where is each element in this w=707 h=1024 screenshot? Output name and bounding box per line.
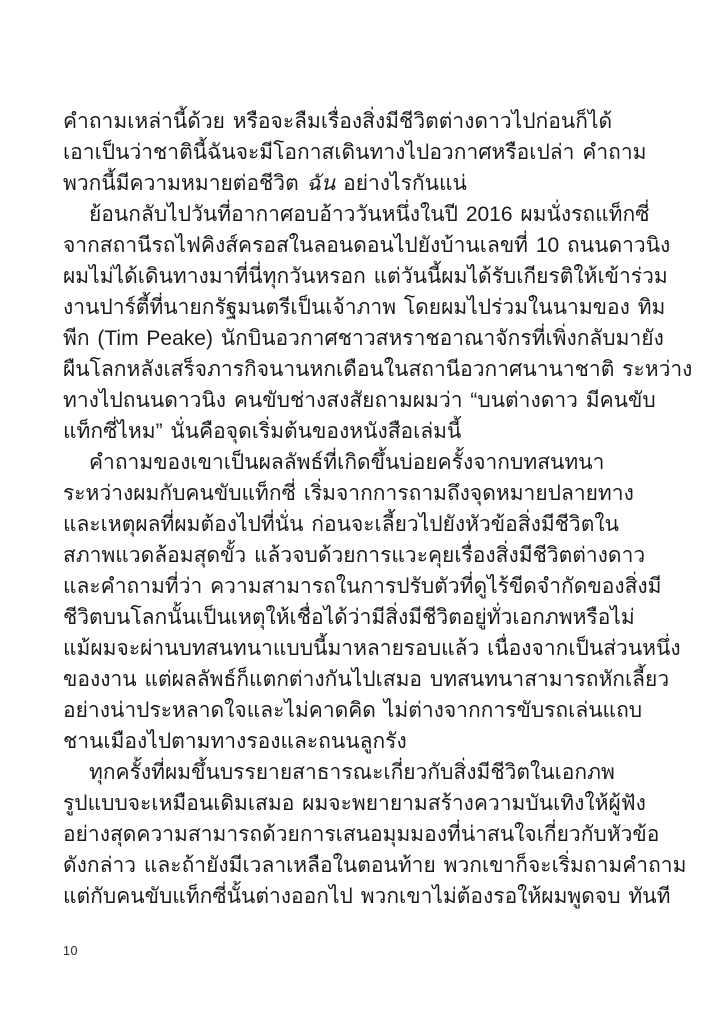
text-line: ผืนโลกหลังเสร็จภารกิจนานหกเดือนในสถานีอว… (63, 354, 649, 385)
text-line: อย่างสุดความสามารถด้วยการเสนอมุมมองที่น่… (63, 819, 649, 850)
text-segment: งานปาร์ตี้ที่นายกรัฐมนตรีเป็นเจ้าภาพ โดย… (63, 296, 665, 319)
text-segment: คำถามของเขาเป็นผลลัพธ์ที่เกิดขึ้นบ่อยครั… (89, 451, 604, 474)
text-segment: ของงาน แต่ผลลัพธ์ก็แตกต่างกันไปเสมอ บทสน… (63, 668, 669, 691)
text-line: และคำถามที่ว่า ความสามารถในการปรับตัวที่… (63, 571, 649, 602)
text-line: รูปแบบจะเหมือนเดิมเสมอ ผมจะพยายามสร้างคว… (63, 788, 649, 819)
text-segment: ระหว่างผมกับคนขับแท็กซี่ เริ่มจากการถามถ… (63, 482, 634, 505)
text-line: คำถามของเขาเป็นผลลัพธ์ที่เกิดขึ้นบ่อยครั… (63, 447, 649, 478)
text-line: ชานเมืองไปตามทางรองและถนนลูกรัง (63, 726, 649, 757)
text-line: พีก (Tim Peake) นักบินอวกาศชาวสหราชอาณาจ… (63, 323, 649, 354)
text-line: แต่กับคนขับแท็กซี่นั้นต่างออกไป พวกเขาไม… (63, 881, 649, 912)
text-segment: และเหตุผลที่ผมต้องไปที่นั่น ก่อนจะเลี้ยว… (63, 513, 619, 536)
text-segment: อย่างน่าประหลาดใจและไม่คาดคิด ไม่ต่างจาก… (63, 699, 642, 722)
text-segment: แม้ผมจะผ่านบทสนทนาแบบนี้มาหลายรอบแล้ว เน… (63, 637, 681, 660)
text-segment: พวกนี้มีความหมายต่อชีวิต (63, 172, 307, 195)
text-line: ผมไม่ได้เดินทางมาที่นี่ทุกวันหรอก แต่วัน… (63, 261, 649, 292)
text-segment: สภาพแวดล้อมสุดขั้ว แล้วจบด้วยการแวะคุยเร… (63, 544, 645, 567)
text-segment: ผมไม่ได้เดินทางมาที่นี่ทุกวันหรอก แต่วัน… (63, 265, 668, 288)
text-line: แท็กซี่ไหม” นั่นคือจุดเริ่มต้นของหนังสือ… (63, 416, 649, 447)
text-line: งานปาร์ตี้ที่นายกรัฐมนตรีเป็นเจ้าภาพ โดย… (63, 292, 649, 323)
text-segment: ทุกครั้งที่ผมขึ้นบรรยายสาธารณะเกี่ยวกับส… (89, 761, 615, 784)
text-line: ของงาน แต่ผลลัพธ์ก็แตกต่างกันไปเสมอ บทสน… (63, 664, 649, 695)
text-line: ชีวิตบนโลกนั้นเป็นเหตุให้เชื่อได้ว่ามีสิ… (63, 602, 649, 633)
text-line: เอาเป็นว่าชาตินี้ฉันจะมีโอกาสเดินทางไปอว… (63, 137, 649, 168)
text-line: คำถามเหล่านี้ด้วย หรือจะลืมเรื่องสิ่งมีช… (63, 106, 649, 137)
text-line: ทางไปถนนดาวนิง คนขับช่างสงสัยถามผมว่า “บ… (63, 385, 649, 416)
text-line: และเหตุผลที่ผมต้องไปที่นั่น ก่อนจะเลี้ยว… (63, 509, 649, 540)
book-page: คำถามเหล่านี้ด้วย หรือจะลืมเรื่องสิ่งมีช… (0, 0, 707, 1024)
page-number: 10 (63, 944, 78, 958)
text-line: อย่างน่าประหลาดใจและไม่คาดคิด ไม่ต่างจาก… (63, 695, 649, 726)
text-segment: ชีวิตบนโลกนั้นเป็นเหตุให้เชื่อได้ว่ามีสิ… (63, 606, 635, 629)
text-line: จากสถานีรถไฟคิงส์ครอสในลอนดอนไปยังบ้านเล… (63, 230, 649, 261)
italic-text: ฉัน (307, 172, 336, 195)
text-segment: ดังกล่าว และถ้ายังมีเวลาเหลือในตอนท้าย พ… (63, 854, 686, 877)
text-segment: จากสถานีรถไฟคิงส์ครอสในลอนดอนไปยังบ้านเล… (63, 234, 670, 257)
text-segment: รูปแบบจะเหมือนเดิมเสมอ ผมจะพยายามสร้างคว… (63, 792, 646, 815)
page-text: คำถามเหล่านี้ด้วย หรือจะลืมเรื่องสิ่งมีช… (63, 106, 649, 912)
text-segment: แต่กับคนขับแท็กซี่นั้นต่างออกไป พวกเขาไม… (63, 885, 670, 908)
text-segment: ย้อนกลับไปวันที่อากาศอบอ้าววันหนึ่งในปี … (89, 203, 649, 226)
text-segment: ทางไปถนนดาวนิง คนขับช่างสงสัยถามผมว่า “บ… (63, 389, 656, 412)
text-line: ย้อนกลับไปวันที่อากาศอบอ้าววันหนึ่งในปี … (63, 199, 649, 230)
text-line: พวกนี้มีความหมายต่อชีวิต ฉัน อย่างไรกันแ… (63, 168, 649, 199)
text-line: แม้ผมจะผ่านบทสนทนาแบบนี้มาหลายรอบแล้ว เน… (63, 633, 649, 664)
text-segment: แท็กซี่ไหม” นั่นคือจุดเริ่มต้นของหนังสือ… (63, 420, 461, 443)
text-line: ระหว่างผมกับคนขับแท็กซี่ เริ่มจากการถามถ… (63, 478, 649, 509)
text-segment: และคำถามที่ว่า ความสามารถในการปรับตัวที่… (63, 575, 662, 598)
text-segment: เอาเป็นว่าชาตินี้ฉันจะมีโอกาสเดินทางไปอว… (63, 141, 647, 164)
text-segment: พีก (Tim Peake) นักบินอวกาศชาวสหราชอาณาจ… (63, 327, 664, 350)
text-segment: ชานเมืองไปตามทางรองและถนนลูกรัง (63, 730, 407, 753)
text-segment: คำถามเหล่านี้ด้วย หรือจะลืมเรื่องสิ่งมีช… (63, 110, 612, 133)
text-segment: อย่างสุดความสามารถด้วยการเสนอมุมมองที่น่… (63, 823, 659, 846)
text-line: ดังกล่าว และถ้ายังมีเวลาเหลือในตอนท้าย พ… (63, 850, 649, 881)
text-segment: อย่างไรกันแน่ (335, 172, 467, 195)
text-line: ทุกครั้งที่ผมขึ้นบรรยายสาธารณะเกี่ยวกับส… (63, 757, 649, 788)
text-line: สภาพแวดล้อมสุดขั้ว แล้วจบด้วยการแวะคุยเร… (63, 540, 649, 571)
text-segment: ผืนโลกหลังเสร็จภารกิจนานหกเดือนในสถานีอว… (63, 358, 692, 381)
